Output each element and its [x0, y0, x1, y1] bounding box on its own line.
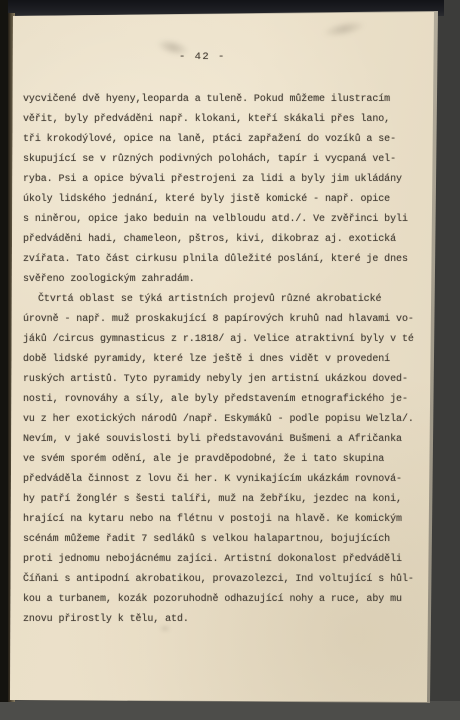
text-line: ve svém sporém odění, ale je pravděpodob…: [23, 450, 431, 470]
text-line: předváděla činnost z lovu či her. K vyni…: [23, 470, 431, 490]
text-line: předváděni hadi, chameleon, pštros, kivi…: [23, 230, 431, 250]
text-line: úkoly lidského jednání, které byly jistě…: [23, 190, 431, 210]
text-line: době lidské pyramidy, které lze ještě i …: [23, 350, 431, 370]
text-line: věřit, byly předváděni např. klokani, kt…: [23, 110, 431, 130]
text-line: vycvičené dvě hyeny,leoparda a tuleně. P…: [23, 90, 431, 110]
text-line: vu z her exotických národů /např. Eskymá…: [23, 410, 431, 430]
text-line: Nevím, v jaké souvislosti byli představo…: [23, 430, 431, 450]
text-line: skupující se v různých podivných polohác…: [23, 150, 431, 170]
text-line: proti jednomu nebojácnému zajíci. Artist…: [23, 550, 431, 570]
text-line: ryba. Psi a opice bývali přestrojeni za …: [23, 170, 431, 190]
page-number: - 42 -: [179, 51, 226, 63]
text-line: hrající na kytaru nebo na flétnu v posto…: [23, 510, 431, 530]
text-line: ruských artistů. Tyto pyramidy nebyly je…: [23, 370, 431, 390]
text-line: kou a turbanem, kozák pozoruhodně odhazu…: [23, 590, 431, 610]
scanned-book-photo: - 42 - vycvičené dvě hyeny,leoparda a tu…: [0, 0, 460, 720]
typewritten-text: vycvičené dvě hyeny,leoparda a tuleně. P…: [23, 90, 431, 630]
book-gutter-shadow: [0, 0, 8, 702]
smudge-mark: [321, 18, 367, 41]
text-line: svěřeno zoologickým zahradám.: [23, 270, 431, 290]
book-page: - 42 - vycvičené dvě hyeny,leoparda a tu…: [10, 10, 442, 705]
text-line: Číňani s antipodní akrobatikou, provazol…: [23, 570, 431, 590]
text-line: úrovně - např. muž proskakující 8 papíro…: [23, 310, 431, 330]
text-line: jáků /circus gymnasticus z r.1818/ aj. V…: [23, 330, 431, 350]
text-line: s niněrou, opice jako beduin na velbloud…: [23, 210, 431, 230]
text-line: tři krokodýlové, opice na laně, ptáci za…: [23, 130, 431, 150]
text-line: Čtvrtá oblast se týká artistních projevů…: [23, 290, 431, 310]
text-line: znovu přirostly k tělu, atd.: [23, 610, 431, 630]
text-line: scénám můžeme řadit 7 sedláků s velkou h…: [23, 530, 431, 550]
page-surface: - 42 - vycvičené dvě hyeny,leoparda a tu…: [10, 10, 442, 705]
text-line: hy patří žonglér s šesti talíři, muž na …: [23, 490, 431, 510]
text-line: nosti, rovnováhy a síly, ale byly předst…: [23, 390, 431, 410]
text-line: zvířata. Tato část cirkusu plnila důleži…: [23, 250, 431, 270]
